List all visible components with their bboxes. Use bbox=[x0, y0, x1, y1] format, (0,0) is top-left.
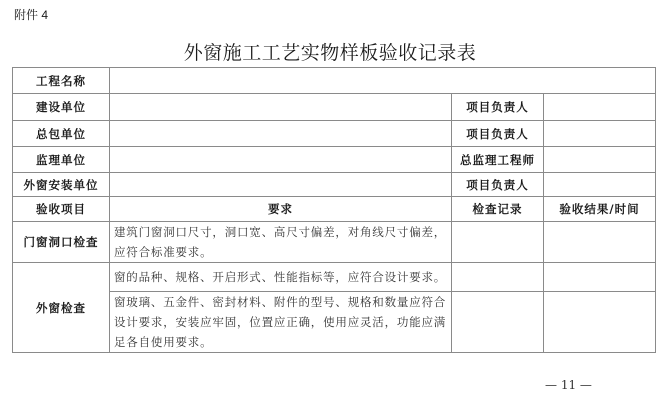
owner-manager-field[interactable] bbox=[544, 94, 656, 121]
window-check-label: 外窗检查 bbox=[13, 263, 110, 353]
acceptance-record-table: 工程名称 建设单位 项目负责人 总包单位 项目负责人 监理单位 总监理工程师 外… bbox=[12, 67, 656, 353]
contractor-manager-label: 项目负责人 bbox=[452, 121, 544, 147]
opening-check-record-field[interactable] bbox=[452, 222, 544, 263]
supervision-unit-field[interactable] bbox=[110, 147, 452, 173]
contractor-manager-field[interactable] bbox=[544, 121, 656, 147]
attachment-label: 附件 4 bbox=[14, 6, 48, 23]
opening-check-result-field[interactable] bbox=[544, 222, 656, 263]
opening-check-label: 门窗洞口检查 bbox=[13, 222, 110, 263]
document-title: 外窗施工工艺实物样板验收记录表 bbox=[0, 38, 660, 65]
inspection-row-window-b: 窗玻璃、五金件、密封材料、附件的型号、规格和数量应符合设计要求，安装应牢固，位置… bbox=[13, 292, 656, 353]
window-check-record-field-1[interactable] bbox=[452, 263, 544, 292]
owner-unit-field[interactable] bbox=[110, 94, 452, 121]
info-row-owner: 建设单位 项目负责人 bbox=[13, 94, 656, 121]
project-name-label: 工程名称 bbox=[13, 68, 110, 94]
header-result-time: 验收结果/时间 bbox=[544, 197, 656, 222]
general-contractor-label: 总包单位 bbox=[13, 121, 110, 147]
window-check-result-field-2[interactable] bbox=[544, 292, 656, 353]
inspection-row-window-a: 外窗检查 窗的品种、规格、开启形式、性能指标等，应符合设计要求。 bbox=[13, 263, 656, 292]
installer-unit-label: 外窗安装单位 bbox=[13, 173, 110, 197]
header-check-record: 检查记录 bbox=[452, 197, 544, 222]
header-requirement: 要求 bbox=[110, 197, 452, 222]
chief-supervisor-label: 总监理工程师 bbox=[452, 147, 544, 173]
chief-supervisor-field[interactable] bbox=[544, 147, 656, 173]
project-name-field[interactable] bbox=[110, 68, 656, 94]
inspection-row-opening: 门窗洞口检查 建筑门窗洞口尺寸，洞口宽、高尺寸偏差，对角线尺寸偏差，应符合标准要… bbox=[13, 222, 656, 263]
general-contractor-field[interactable] bbox=[110, 121, 452, 147]
header-inspection-item: 验收项目 bbox=[13, 197, 110, 222]
installer-manager-field[interactable] bbox=[544, 173, 656, 197]
info-row-project-name: 工程名称 bbox=[13, 68, 656, 94]
info-row-installer: 外窗安装单位 项目负责人 bbox=[13, 173, 656, 197]
page-number: — 11 — bbox=[545, 378, 592, 392]
window-check-result-field-1[interactable] bbox=[544, 263, 656, 292]
info-row-general-contractor: 总包单位 项目负责人 bbox=[13, 121, 656, 147]
installer-manager-label: 项目负责人 bbox=[452, 173, 544, 197]
info-row-supervisor: 监理单位 总监理工程师 bbox=[13, 147, 656, 173]
window-check-requirement-1: 窗的品种、规格、开启形式、性能指标等，应符合设计要求。 bbox=[110, 263, 452, 292]
opening-check-requirement: 建筑门窗洞口尺寸，洞口宽、高尺寸偏差，对角线尺寸偏差，应符合标准要求。 bbox=[110, 222, 452, 263]
supervision-unit-label: 监理单位 bbox=[13, 147, 110, 173]
installer-unit-field[interactable] bbox=[110, 173, 452, 197]
window-check-record-field-2[interactable] bbox=[452, 292, 544, 353]
inspection-header-row: 验收项目 要求 检查记录 验收结果/时间 bbox=[13, 197, 656, 222]
owner-manager-label: 项目负责人 bbox=[452, 94, 544, 121]
window-check-requirement-2: 窗玻璃、五金件、密封材料、附件的型号、规格和数量应符合设计要求，安装应牢固，位置… bbox=[110, 292, 452, 353]
owner-unit-label: 建设单位 bbox=[13, 94, 110, 121]
